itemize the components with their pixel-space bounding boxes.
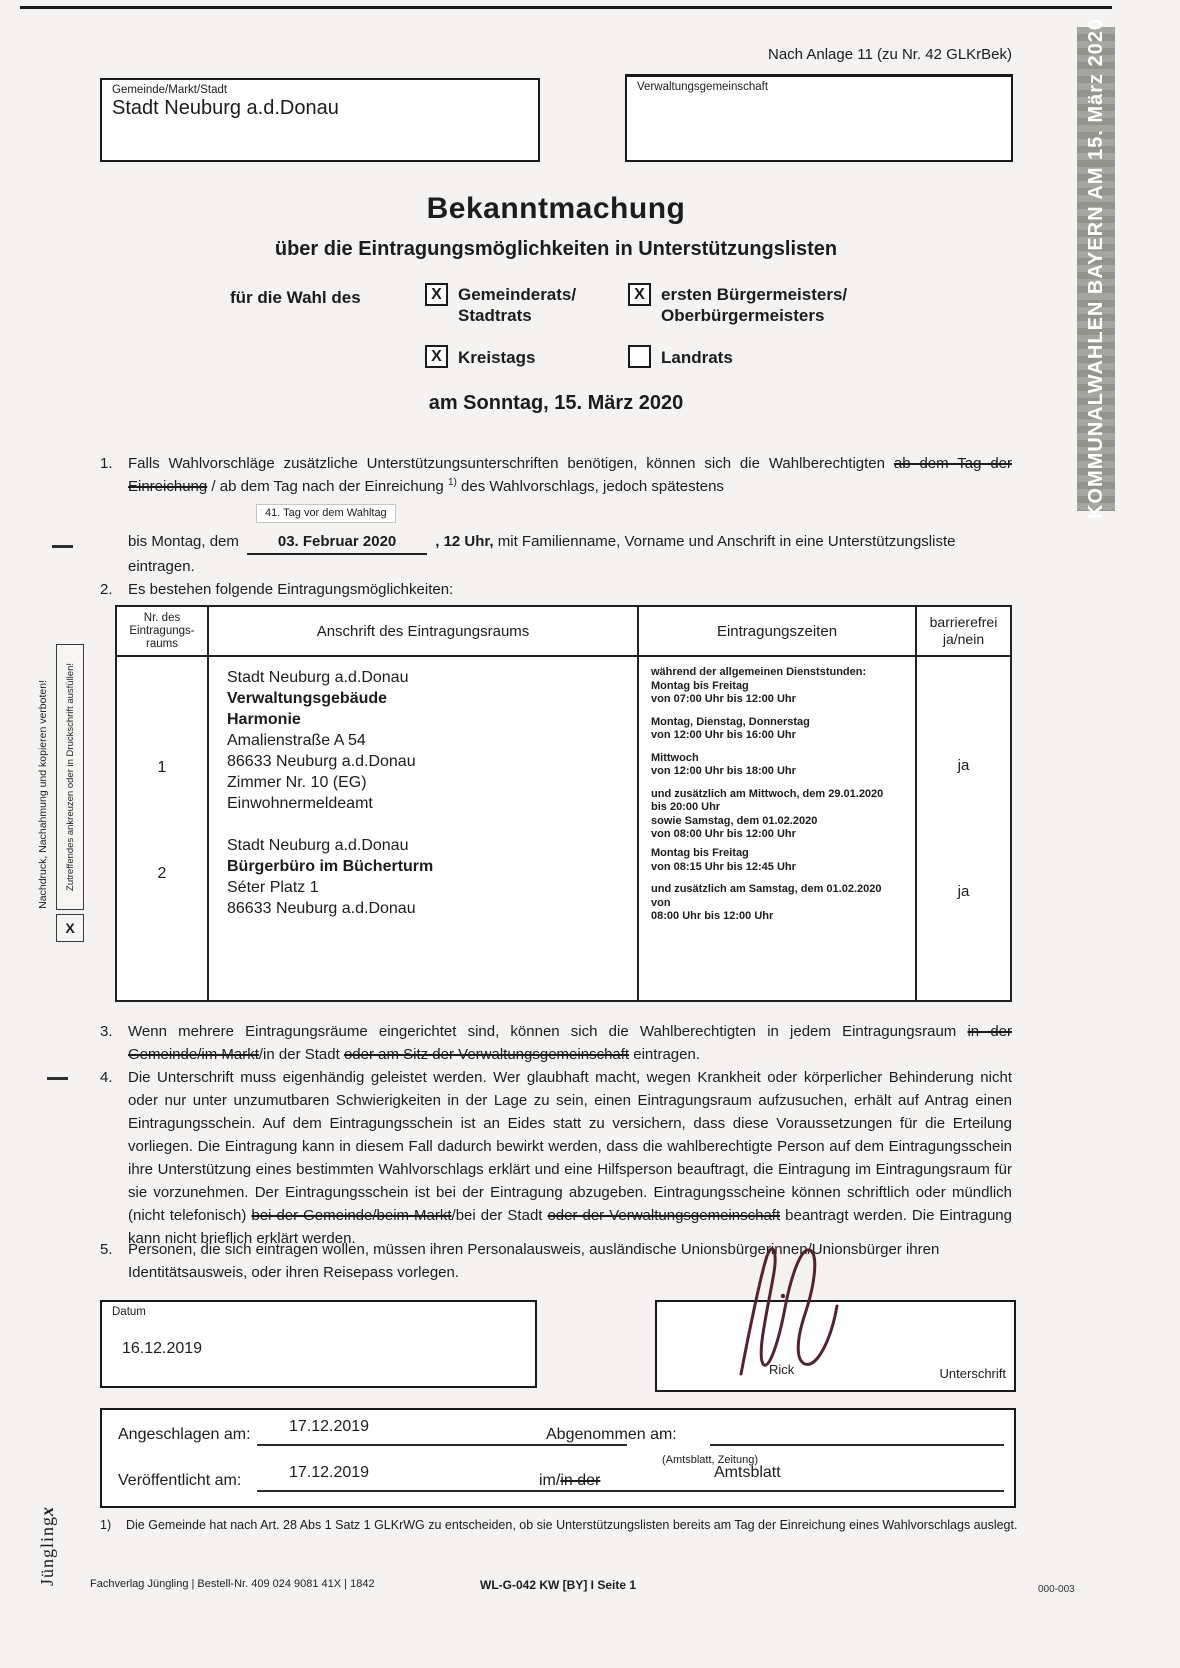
item-1-mid: / ab dem Tag nach der Einreichung <box>207 478 448 495</box>
item-3-struck-2: oder am Sitz der Verwaltungsgemeinschaft <box>344 1046 629 1063</box>
checkbox-kreistag-mark: X <box>431 348 442 366</box>
item-3-tail: eintragen. <box>629 1046 700 1063</box>
row-1-number: 1 <box>117 759 207 777</box>
checkbox-landrat[interactable] <box>628 345 651 368</box>
checkbox-gemeinderat-label: Gemeinderats/ Stadtrats <box>458 284 576 327</box>
side-banner-kommunalwahlen: KOMMUNALWAHLEN BAYERN AM 15. März 2020 <box>1077 27 1115 511</box>
row-1-times-block-2: Montag, Dienstag, Donnerstag von 12:00 U… <box>651 716 901 743</box>
datum-field-label: Datum <box>112 1306 525 1318</box>
signer-name: Rick <box>769 1362 794 1377</box>
election-date-line: am Sonntag, 15. März 2020 <box>100 392 1012 415</box>
page-title: Bekanntmachung <box>100 192 1012 226</box>
row-2-times-block-2: und zusätzlich am Samstag, dem 01.02.202… <box>651 883 901 924</box>
medium-prefix-struck: in der <box>560 1472 600 1489</box>
row-1-times-block-4: und zusätzlich am Mittwoch, dem 29.01.20… <box>651 788 901 842</box>
gemeinde-field-value: Stadt Neuburg a.d.Donau <box>112 97 528 120</box>
footnote-1-ref: 1) <box>100 1516 126 1534</box>
item-4-mid: /bei der Stadt <box>452 1207 548 1224</box>
posting-box: Angeschlagen am: 17.12.2019 Abgenommen a… <box>100 1408 1016 1508</box>
table-header-anschrift: Anschrift des Eintragungsraums <box>209 607 639 657</box>
row-2-times: Montag bis Freitag von 08:15 Uhr bis 12:… <box>651 847 901 933</box>
publisher-logo: Jünglingx <box>30 1488 64 1604</box>
footnote-1-text: Die Gemeinde hat nach Art. 28 Abs 1 Satz… <box>126 1516 1017 1534</box>
margin-checkbox-mark: X <box>65 920 74 936</box>
item-1-number: 1. <box>100 452 113 475</box>
item-3-mid: /in der Stadt <box>259 1046 344 1063</box>
row-1-address-street: Amalienstraße A 54 86633 Neuburg a.d.Don… <box>227 730 416 814</box>
announcement-form-page: Nach Anlage 11 (zu Nr. 42 GLKrBek) KOMMU… <box>0 0 1180 1668</box>
row-1-times: während der allgemeinen Dienststunden: M… <box>651 666 901 851</box>
eintragungsraum-table: Nr. des Eintragungs- raums Anschrift des… <box>115 605 1012 1002</box>
gemeinde-field[interactable]: Gemeinde/Markt/Stadt Stadt Neuburg a.d.D… <box>100 78 540 162</box>
checkbox-gemeinderat-mark: X <box>431 286 442 304</box>
item-1-footnote-ref: 1) <box>448 477 457 488</box>
item-1-bis: bis Montag, dem <box>128 533 239 550</box>
item-4-struck-1: bei der Gemeinde/beim Markt <box>251 1207 451 1224</box>
row-2-barrierefrei: ja <box>917 883 1010 900</box>
deadline-date-field[interactable]: 03. Februar 2020 <box>247 530 427 555</box>
row-2-address-street: Séter Platz 1 86633 Neuburg a.d.Donau <box>227 877 433 919</box>
checkbox-kreistag[interactable]: X <box>425 345 448 368</box>
item-5-number: 5. <box>100 1238 113 1261</box>
abgenommen-label: Abgenommen am: <box>546 1426 677 1444</box>
item-5-text: Personen, die sich eintragen wollen, müs… <box>128 1238 1012 1284</box>
item-1-tail: des Wahlvorschlags, jedoch spätestens <box>457 478 724 495</box>
row-1-times-block-1: während der allgemeinen Dienststunden: M… <box>651 666 901 707</box>
table-col-anschrift: Stadt Neuburg a.d.Donau Verwaltungsgebäu… <box>209 657 639 1000</box>
checkbox-kreistag-label: Kreistags <box>458 347 535 368</box>
item-3: 3. Wenn mehrere Eintragungsräume eingeri… <box>100 1020 1012 1066</box>
item-3-number: 3. <box>100 1020 113 1043</box>
publisher-logo-text: Jüngling <box>37 1516 57 1586</box>
row-2-times-block-1: Montag bis Freitag von 08:15 Uhr bis 12:… <box>651 847 901 874</box>
datum-field-value: 16.12.2019 <box>122 1340 525 1358</box>
margin-note-copyright: Nachdruck, Nachahmung und kopieren verbo… <box>32 640 54 948</box>
row-1-address-org: Stadt Neuburg a.d.Donau <box>227 667 416 688</box>
footer-form-code: WL-G-042 KW [BY] I Seite 1 <box>480 1578 636 1592</box>
table-col-zeiten: während der allgemeinen Dienststunden: M… <box>639 657 917 1000</box>
table-col-barrierefrei: ja ja <box>917 657 1010 1000</box>
verwaltungsgemeinschaft-field[interactable]: Verwaltungsgemeinschaft <box>625 74 1013 162</box>
item-1-lead: Falls Wahlvorschläge zusätzliche Unterst… <box>128 455 894 472</box>
row-1-times-block-3: Mittwoch von 12:00 Uhr bis 18:00 Uhr <box>651 752 901 779</box>
margin-checkbox[interactable]: X <box>56 914 84 942</box>
footer-publisher-line: Fachverlag Jüngling | Bestell-Nr. 409 02… <box>90 1578 375 1590</box>
row-1-address-building: Verwaltungsgebäude Harmonie <box>227 688 416 730</box>
medium-prefix-kept: im/ <box>539 1472 560 1489</box>
angeschlagen-label: Angeschlagen am: <box>118 1426 251 1444</box>
item-2-text: Es bestehen folgende Eintragungsmöglichk… <box>128 578 1012 601</box>
wahl-prefix-label: für die Wahl des <box>230 288 361 308</box>
anlage-reference-note: Nach Anlage 11 (zu Nr. 42 GLKrBek) <box>700 46 1012 63</box>
item-3-lead: Wenn mehrere Eintragungsräume eingericht… <box>128 1023 967 1040</box>
item-1-dateline: 41. Tag vor dem Wahltag bis Montag, dem … <box>128 530 1012 578</box>
row-1-address: Stadt Neuburg a.d.Donau Verwaltungsgebäu… <box>227 667 416 814</box>
verwaltungsgemeinschaft-field-label: Verwaltungsgemeinschaft <box>637 81 1001 93</box>
margin-tick-2 <box>47 1077 68 1080</box>
item-2-number: 2. <box>100 578 113 601</box>
medium-prefix: im/in der <box>539 1472 600 1490</box>
table-header-barrierefrei: barrierefrei ja/nein <box>917 607 1010 657</box>
table-header-zeiten: Eintragungszeiten <box>639 607 917 657</box>
checkbox-buergermeister-label: ersten Bürgermeisters/ Oberbürgermeister… <box>661 284 847 327</box>
unterschrift-label: Unterschrift <box>940 1366 1006 1381</box>
item-4-lead: Die Unterschrift muss eigenhändig geleis… <box>128 1069 1012 1224</box>
publisher-logo-mark: x <box>37 1506 57 1516</box>
scan-artifact-line <box>20 6 1112 9</box>
side-banner-text: KOMMUNALWAHLEN BAYERN AM 15. März 2020 <box>1085 18 1108 519</box>
row-2-address: Stadt Neuburg a.d.Donau Bürgerbüro im Bü… <box>227 835 433 919</box>
datum-field[interactable]: Datum 16.12.2019 <box>100 1300 537 1388</box>
item-1-time: , 12 Uhr, <box>435 533 493 550</box>
table-col-nr: 1 2 <box>117 657 209 1000</box>
margin-tick-1 <box>52 545 73 548</box>
row-2-address-org: Stadt Neuburg a.d.Donau <box>227 835 433 856</box>
row-2-number: 2 <box>117 865 207 883</box>
checkbox-landrat-label: Landrats <box>661 347 733 368</box>
medium-value-field[interactable]: Amtsblatt <box>614 1464 1004 1492</box>
checkbox-gemeinderat[interactable]: X <box>425 283 448 306</box>
item-4-struck-2: oder der Verwaltungsgemeinschaft <box>547 1207 780 1224</box>
gemeinde-field-label: Gemeinde/Markt/Stadt <box>112 84 528 96</box>
abgenommen-value-field[interactable] <box>710 1418 1004 1446</box>
footer-doc-number: 000-003 <box>1038 1584 1075 1595</box>
item-5: 5. Personen, die sich eintragen wollen, … <box>100 1238 1012 1284</box>
page-subtitle: über die Eintragungsmöglichkeiten in Unt… <box>100 238 1012 261</box>
signature-field[interactable]: Rick Unterschrift <box>655 1300 1016 1392</box>
item-4: 4. Die Unterschrift muss eigenhändig gel… <box>100 1066 1012 1250</box>
table-header-nr: Nr. des Eintragungs- raums <box>117 607 209 657</box>
item-4-number: 4. <box>100 1066 113 1089</box>
footnote-1: 1) Die Gemeinde hat nach Art. 28 Abs 1 S… <box>100 1516 1018 1534</box>
deadline-hint-box: 41. Tag vor dem Wahltag <box>256 504 396 523</box>
row-2-address-building: Bürgerbüro im Bücherturm <box>227 856 433 877</box>
item-2: 2. Es bestehen folgende Eintragungsmögli… <box>100 578 1012 601</box>
checkbox-buergermeister-mark: X <box>634 286 645 304</box>
row-1-barrierefrei: ja <box>917 757 1010 774</box>
checkbox-buergermeister[interactable]: X <box>628 283 651 306</box>
veroeffentlicht-label: Veröffentlicht am: <box>118 1472 241 1490</box>
margin-note-instruction: Zutreffendes ankreuzen oder in Druckschr… <box>56 644 84 910</box>
item-1: 1. Falls Wahlvorschläge zusätzliche Unte… <box>100 452 1012 578</box>
